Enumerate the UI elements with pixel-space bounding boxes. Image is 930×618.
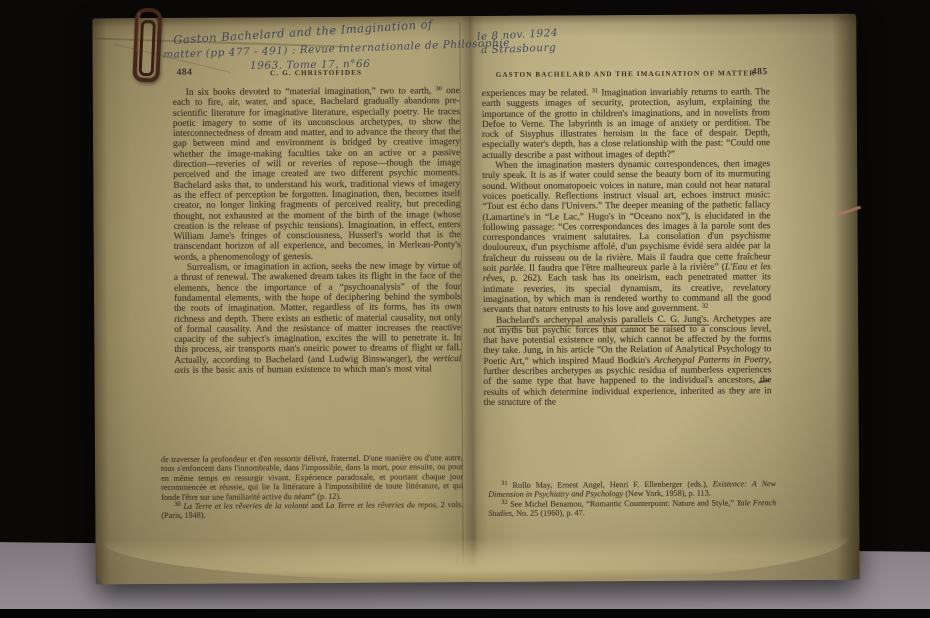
right-page-footnotes: 31 Rollo May, Ernest Angel, Henri F. Ell… xyxy=(488,479,776,518)
left-page: 484 C. G. CHRISTOFIDES In six books devo… xyxy=(173,68,462,460)
body-paragraph: Bachelard's archetypal analysis parallel… xyxy=(483,314,772,408)
left-page-body: In six books devoted to “material imagin… xyxy=(173,86,462,460)
paper-bottom-curl xyxy=(101,536,849,585)
body-paragraph: In six books devoted to “material imagin… xyxy=(173,86,461,263)
photo-bottom-border xyxy=(0,609,930,618)
right-page-header: GASTON BACHELARD AND THE IMAGINATION OF … xyxy=(482,69,770,83)
footnote-continuation: de traverser la profondeur et d'en resso… xyxy=(161,453,463,502)
paperclip xyxy=(125,4,164,81)
handwritten-title-line3: 1963. Tome 17, n°66 xyxy=(250,58,371,72)
footnote-31: 31 Rollo May, Ernest Angel, Henri F. Ell… xyxy=(488,479,776,500)
left-page-number: 484 xyxy=(177,68,193,78)
body-paragraph: Surrealism, or imagination in action, se… xyxy=(174,261,462,376)
footnote-30: 30 La Terre et les rêveries de la volont… xyxy=(161,500,463,521)
photo-scene: 484 C. G. CHRISTOFIDES In six books devo… xyxy=(0,0,930,618)
body-paragraph: When the imagination masters dynamic cor… xyxy=(482,159,771,315)
footnote-32: 32 See Michel Benamou, “Romantic Counter… xyxy=(488,498,776,519)
paper-left-edge-shadow xyxy=(92,18,109,584)
paperclip-inner-loop xyxy=(139,20,156,77)
right-page: GASTON BACHELARD AND THE IMAGINATION OF … xyxy=(482,69,773,491)
right-page-number: 485 xyxy=(752,67,768,77)
journal-article-pages: 484 C. G. CHRISTOFIDES In six books devo… xyxy=(92,14,859,585)
right-page-body: experiences may be related. 31 Imaginati… xyxy=(482,87,772,491)
right-running-header: GASTON BACHELARD AND THE IMAGINATION OF … xyxy=(482,69,770,79)
paper-right-edge-shadow xyxy=(832,14,859,580)
body-paragraph: experiences may be related. 31 Imaginati… xyxy=(482,87,770,161)
left-page-footnotes: de traverser la profondeur et d'en resso… xyxy=(161,453,463,521)
